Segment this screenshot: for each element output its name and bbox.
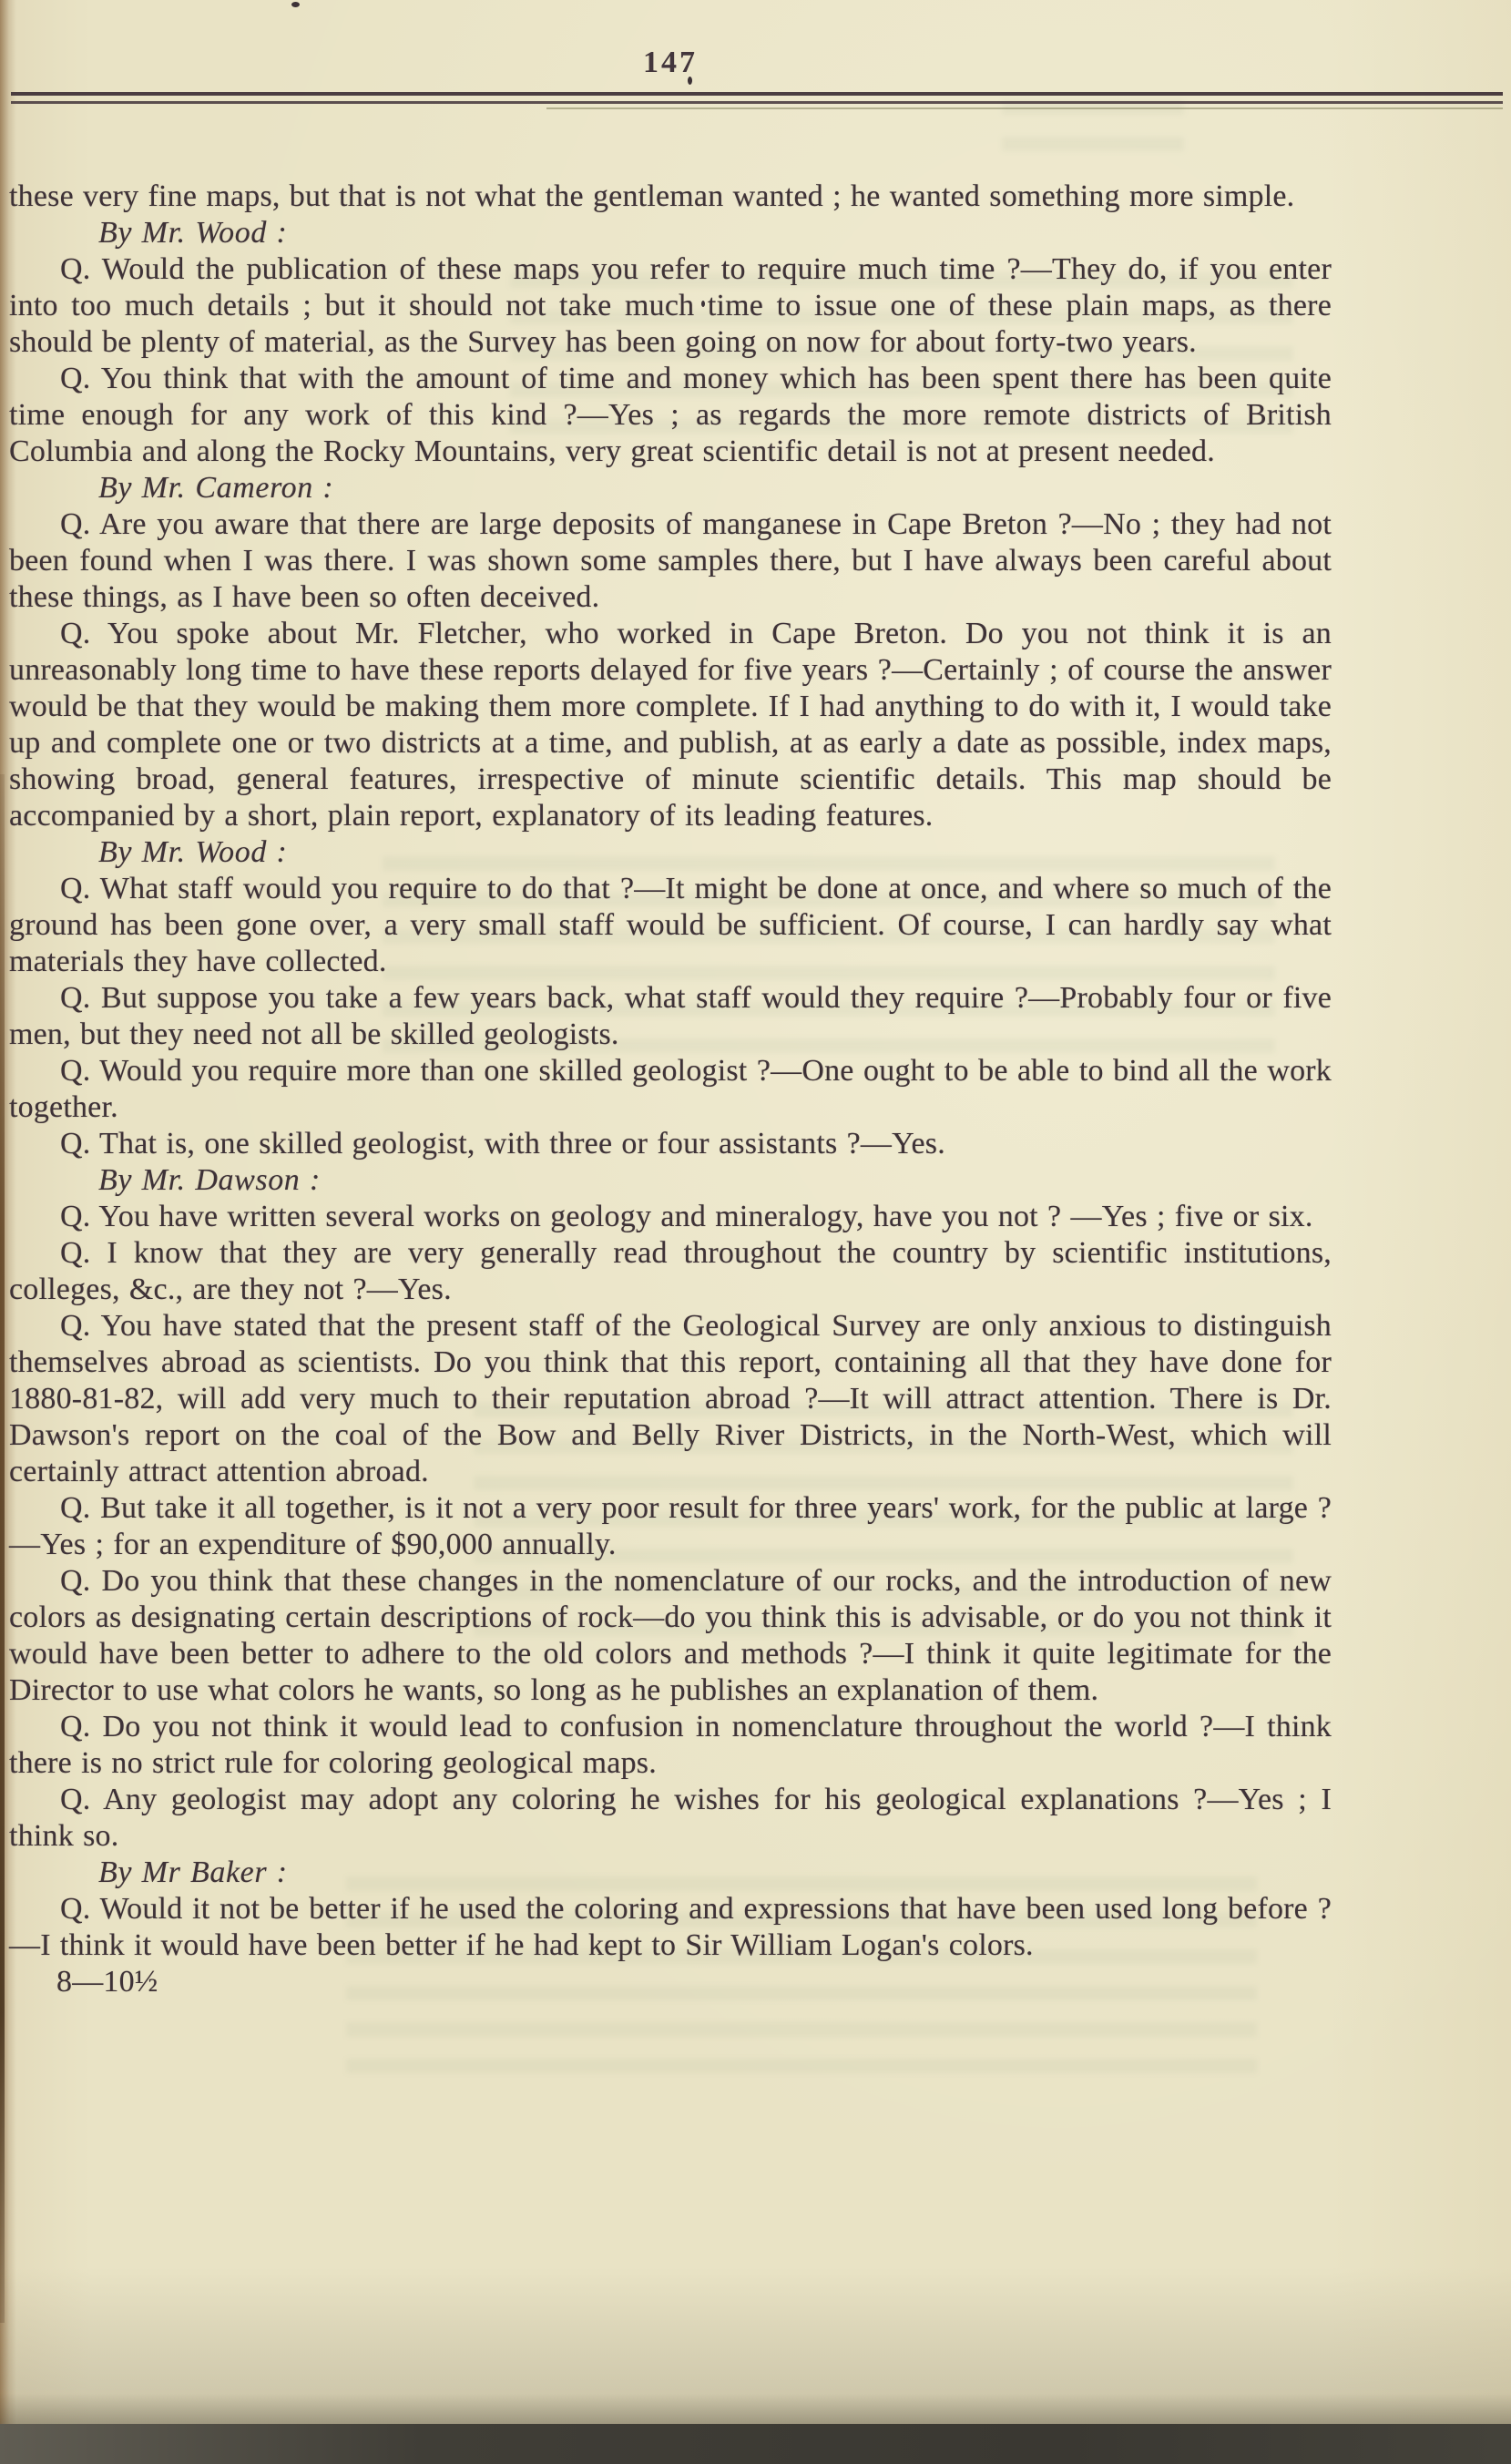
question-paragraph: Q. You think that with the amount of tim… (9, 361, 1332, 470)
scanner-edge-bar (0, 2424, 1511, 2464)
body-paragraph: these very fine maps, but that is not wh… (9, 179, 1332, 215)
question-paragraph: Q. You spoke about Mr. Fletcher, who wor… (9, 616, 1332, 834)
question-paragraph: Q. You have stated that the present staf… (9, 1308, 1332, 1490)
question-paragraph: Q. Would the publication of these maps y… (9, 251, 1332, 361)
question-paragraph: Q. Do you not think it would lead to con… (9, 1709, 1332, 1782)
question-paragraph: Q. You have written several works on geo… (9, 1199, 1332, 1235)
text-column: these very fine maps, but that is not wh… (9, 179, 1332, 2000)
speaker-heading: By Mr Baker : (9, 1855, 1332, 1891)
question-paragraph: Q. But take it all together, is it not a… (9, 1490, 1332, 1563)
header-hairline-rule (546, 107, 1503, 109)
question-paragraph: Q. Are you aware that there are large de… (9, 506, 1332, 616)
question-paragraph: Q. I know that they are very generally r… (9, 1235, 1332, 1308)
scanned-document-page: { "page": { "number": "147", "signature"… (0, 0, 1511, 2464)
signature-mark: 8—10½ (9, 1964, 1332, 2000)
question-paragraph: Q. Do you think that these changes in th… (9, 1563, 1332, 1709)
page-number: 147 (9, 46, 1332, 80)
speaker-heading: By Mr. Dawson : (9, 1162, 1332, 1199)
speaker-heading: By Mr. Cameron : (9, 470, 1332, 506)
question-paragraph: Q. That is, one skilled geologist, with … (9, 1126, 1332, 1162)
question-paragraph: Q. Any geologist may adopt any coloring … (9, 1782, 1332, 1855)
speaker-heading: By Mr. Wood : (9, 215, 1332, 251)
book-gutter-line (0, 774, 5, 2323)
question-paragraph: Q. Would it not be better if he used the… (9, 1891, 1332, 1964)
question-paragraph: Q. But suppose you take a few years back… (9, 980, 1332, 1053)
question-paragraph: Q. Would you require more than one skill… (9, 1053, 1332, 1126)
speaker-heading: By Mr. Wood : (9, 834, 1332, 871)
header-double-rule (11, 92, 1503, 104)
question-paragraph: Q. What staff would you require to do th… (9, 871, 1332, 980)
bottom-page-shadow (0, 2393, 1511, 2424)
ink-speck (291, 2, 300, 7)
